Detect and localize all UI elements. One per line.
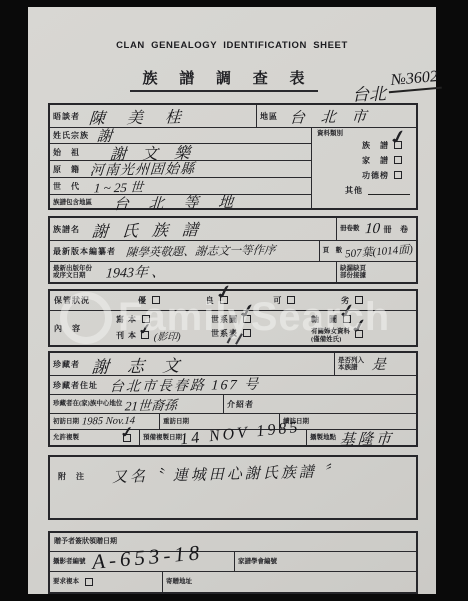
compiler-label: 最新版本編纂者: [53, 246, 116, 257]
notes-label: 附 注: [58, 471, 85, 482]
mailing-address-label: 寄贈地址: [166, 578, 192, 586]
condition-good: 良 ✓: [206, 295, 229, 306]
category-option-jiapu: 家 譜: [317, 153, 416, 168]
missing-label-line2: 部份接據: [340, 272, 366, 280]
category-zupu-label: 族 譜: [362, 140, 389, 151]
volumes-unit-ce: 冊: [384, 224, 393, 235]
row-keeper-position: 珍藏者在(家)族中心地位 21世裔孫 介紹者: [50, 395, 416, 414]
revisit-label: 重訪日期: [163, 418, 189, 426]
poor-checkbox: [355, 296, 363, 304]
jiapu-checkbox: [394, 156, 402, 164]
gongdebang-checkbox: [394, 171, 402, 179]
row-copy-permission: 允許複製 ✓ 預備複製日期 攝製地點 基隆市 14 NOV 1985: [50, 430, 416, 446]
familysearch-logo-icon: [60, 292, 112, 344]
pedigree-chart-label: 世系圖: [211, 314, 238, 325]
fair-checkbox: [287, 296, 295, 304]
category-other-label: 其他: [345, 185, 363, 196]
pages-label: 頁 數: [323, 247, 343, 255]
first-visit-label: 初訪日期: [53, 418, 79, 426]
print-note: (影印): [153, 328, 181, 343]
paper-sheet: FamilySearch CLAN GENEALOGY IDENTIFICATI…: [28, 7, 436, 594]
keeper-address-value: 台北市長春路 167 号: [109, 374, 261, 397]
content-women-data: 有關婦女資料 (僅備姓氏) ✓: [311, 328, 364, 343]
content-manuscript: 寫 本: [116, 314, 211, 325]
scroll-label: 軸 圖: [311, 314, 338, 325]
condition-fair: 可: [273, 295, 296, 306]
ancestor-label: 始 祖: [53, 147, 80, 158]
pubyear-label-line2: 或序文日期: [53, 272, 92, 280]
row-keeper: 珍藏者 謝 志 文 是否列入 本族譜 是: [50, 353, 416, 376]
zupu-check-mark: ✓: [386, 125, 411, 150]
copy-date-label: 預備複製日期: [143, 434, 182, 442]
row-copy-request: 要求複本 寄贈地址: [50, 572, 416, 592]
women-data-label: 有關婦女資料: [311, 328, 350, 336]
surname-label: 姓氏宗族: [53, 130, 89, 141]
table-notes: 附 注 又名〝 連城田心謝氏族譜 〞: [48, 455, 418, 520]
scanned-document: FamilySearch CLAN GENEALOGY IDENTIFICATI…: [0, 0, 468, 601]
introducer-label: 介紹者: [227, 399, 254, 410]
chinese-title-text: 族 譜 調 查 表: [130, 71, 317, 92]
district-value: 台 北 市: [289, 105, 373, 127]
copy-request-checkbox: [85, 578, 93, 586]
pubyear-value: 1943年 、: [105, 261, 166, 282]
condition-excellent-label: 優: [138, 295, 147, 306]
category-option-zupu: 族 譜 ✓: [317, 138, 416, 153]
origin-label: 原 籍: [53, 164, 80, 175]
category-jiapu-label: 家 譜: [362, 155, 389, 166]
pubyear-label-line1: 最新出版年份: [53, 265, 92, 273]
listed-label-line2: 本族譜: [338, 364, 364, 372]
volumes-label: 冊卷數: [340, 225, 360, 233]
category-option-gongdebang: 功德榜: [317, 168, 416, 183]
condition-excellent: 優: [138, 295, 161, 306]
interviewer-label: 晤談者: [53, 111, 80, 122]
missing-label-line1: 缺漏缺頁: [340, 265, 366, 273]
other-blank-line: [368, 186, 410, 195]
filming-location-value: 基隆市: [339, 427, 395, 449]
copy-request-label: 要求複本: [53, 578, 79, 586]
keeper-address-label: 珍藏者住址: [53, 380, 98, 391]
category-option-other: 其他: [317, 183, 416, 198]
volumes-value: 10: [364, 220, 380, 237]
generation-label: 世 代: [53, 181, 80, 192]
content-pedigree-table: 世系表: [211, 328, 311, 339]
keeper-label: 珍藏者: [53, 359, 80, 370]
english-title: CLAN GENEALOGY IDENTIFICATION SHEET: [28, 40, 436, 51]
condition-fair-label: 可: [273, 295, 282, 306]
condition-good-label: 良: [206, 295, 215, 306]
genealogy-name-label: 族譜名: [53, 224, 80, 235]
table-basic-info: 晤談者 陳 美 桂 地區 台 北 市 姓氏宗族 謝 始 祖 謝 文 樂 原 籍: [48, 103, 418, 210]
hw-number-note: №3602: [387, 68, 442, 94]
category-gongdebang-label: 功德榜: [362, 170, 389, 181]
content-print: 刊 本 ✓ (影印): [116, 328, 211, 343]
listed-label-line1: 是否列入: [338, 357, 364, 365]
basic-info-body: 姓氏宗族 謝 始 祖 謝 文 樂 原 籍 河南光州固始縣 世 代 1 ~ 25 …: [50, 128, 416, 210]
notes-value: 又名〝 連城田心謝氏族譜 〞: [112, 460, 342, 487]
volumes-unit-juan: 卷: [400, 224, 409, 235]
copy-permission-label: 允許複製: [53, 434, 79, 442]
society-number-label: 家譜學會編號: [238, 558, 277, 566]
table-genealogy-title: 族譜名 謝 氏 族 譜 冊卷數 10 冊 卷 最新版本編纂者 陳學英敬題、謝志文…: [48, 216, 418, 284]
listed-value: 是: [371, 354, 386, 374]
row-coverage: 族譜包含地區 台 北 等 地: [50, 195, 311, 210]
women-data-note: (僅備姓氏): [311, 336, 350, 344]
donor-date-label: 贈予者簽狀領贈日期: [54, 538, 117, 546]
content-pedigree-chart: 世系圖 ✓: [211, 314, 311, 325]
row-photographer-number: 攝影者編號 家譜學會編號 A-653-18: [50, 552, 416, 572]
row-keeper-address: 珍藏者住址 台北市長春路 167 号: [50, 376, 416, 395]
coverage-value: 台 北 等 地: [113, 191, 242, 214]
keeper-value: 謝 志 文: [91, 351, 187, 378]
district-label: 地區: [260, 111, 278, 122]
content-scroll: 軸 圖 ✓: [311, 314, 352, 325]
coverage-label: 族譜包含地區: [53, 199, 92, 207]
row-genealogy-name: 族譜名 謝 氏 族 譜 冊卷數 10 冊 卷: [50, 218, 416, 241]
excellent-checkbox: [152, 296, 160, 304]
keeper-position-value: 21世裔孫: [125, 394, 178, 414]
hw-region-note: 台北: [352, 79, 387, 105]
photographer-number-label: 攝影者編號: [53, 558, 86, 566]
manuscript-label: 寫 本: [116, 314, 137, 325]
row-publication-year: 最新出版年份 或序文日期 1943年 、 缺漏缺頁 部份接據: [50, 262, 416, 282]
pages-value: 507葉(1014面): [345, 241, 414, 262]
genealogy-name-value: 謝 氏 族 譜: [91, 217, 204, 242]
row-origin: 原 籍 河南光州固始縣: [50, 161, 311, 178]
table-keeper-info: 珍藏者 謝 志 文 是否列入 本族譜 是 珍藏者住址 台北市長春路 167 号 …: [48, 351, 418, 447]
pedigree-table-checkbox: [243, 329, 251, 337]
compiler-value: 陳學英敬題、謝志文一等作序: [125, 242, 276, 261]
print-label: 刊 本: [116, 330, 137, 341]
filming-location-label: 攝製地點: [310, 434, 336, 442]
keeper-position-label: 珍藏者在(家)族中心地位: [53, 400, 122, 408]
row-compiler: 最新版本編纂者 陳學英敬題、謝志文一等作序 頁 數 507葉(1014面): [50, 241, 416, 262]
table-film-numbers: 贈予者簽狀領贈日期 攝影者編號 家譜學會編號 A-653-18 要求複本 寄贈地…: [48, 531, 418, 594]
